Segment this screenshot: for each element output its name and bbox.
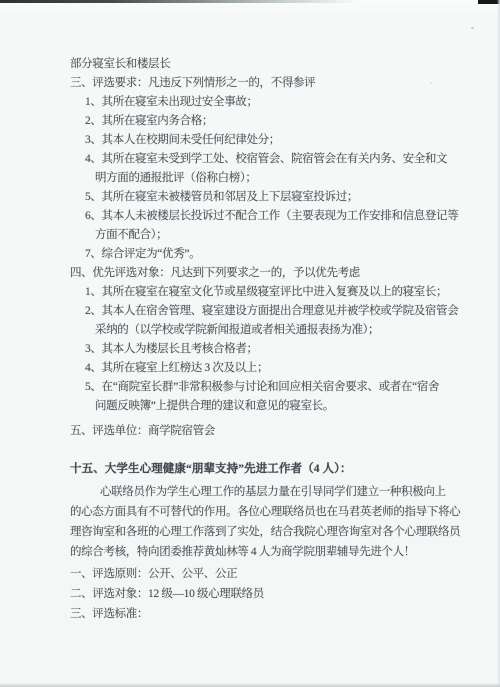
list-item-continuation: 明方面的通报批评（俗称白榜）； bbox=[95, 171, 257, 186]
section-heading: 一、评选原则：公开、公平、公正 bbox=[70, 567, 237, 582]
list-item-continuation: 采纳的（以学校或学院新闻报道或者相关通报表扬为准）； bbox=[95, 323, 379, 338]
paragraph-line: 理咨询室和各班的心理工作落到了实处，结合我院心理咨询室对各个心理联络员 bbox=[70, 525, 460, 540]
scan-edge-bottom-artifact bbox=[0, 683, 500, 687]
list-item: 5、其所在寝室未被楼管员和邻居及上下层寝室投诉过； bbox=[85, 190, 358, 205]
chapter-heading: 十五、大学生心理健康“朋辈支持”先进工作者（4 人）： bbox=[70, 462, 352, 477]
list-item: 4、其所在寝室上红榜达 3 次及以上； bbox=[85, 361, 268, 376]
scan-speck bbox=[471, 27, 474, 29]
list-item: 1、其所在寝室未出现过安全事故； bbox=[85, 95, 258, 110]
list-item: 2、其本人在宿舍管理、寝室建设方面提出合理意见并被学校或学院及宿管会 bbox=[85, 304, 458, 319]
list-item: 2、其所在寝室内务合格； bbox=[85, 114, 213, 129]
text-line: 部分寝室长和楼层长 bbox=[70, 57, 170, 72]
list-item-continuation: 问题反映簿”上提供合理的建议和意见的寝室长。 bbox=[95, 399, 334, 414]
list-item: 6、其本人未被楼层长投诉过不配合工作（主要表现为工作安排和信息登记等 bbox=[85, 209, 458, 224]
scan-speck bbox=[430, 82, 432, 84]
section-heading: 三、评选要求：凡违反下列情形之一的，不得参评 bbox=[70, 76, 315, 91]
paragraph-line: 的心态方面具有不可替代的作用。各位心理联络员也在马君英老师的指导下将心 bbox=[70, 505, 460, 520]
list-item: 3、其本人为楼层长且考核合格者； bbox=[85, 342, 258, 357]
paragraph-line: 心联络员作为学生心理工作的基层力量在引导同学们建立一种积极向上 bbox=[100, 485, 446, 500]
list-item: 3、其本人在校期间未受任何纪律处分； bbox=[85, 133, 280, 148]
section-heading: 四、优先评选对象：凡达到下列要求之一的，予以优先考虑 bbox=[70, 266, 360, 281]
scan-edge-top-artifact bbox=[0, 0, 500, 3]
section-heading: 二、评选对象：12 级—10 级心理联络员 bbox=[70, 587, 264, 602]
list-item: 4、其所在寝室未受到学工处、校宿管会、院宿管会在有关内务、安全和文 bbox=[85, 152, 447, 167]
section-heading: 五、评选单位：商学院宿管会 bbox=[70, 424, 215, 439]
list-item: 1、其所在寝室在寝室文化节或星级寝室评比中进入复赛及以上的寝室长； bbox=[85, 285, 447, 300]
section-heading: 三、评选标准： bbox=[70, 607, 148, 622]
paragraph-line: 的综合考核，特向团委推荐黄灿林等 4 人为商学院朋辈辅导先进个人！ bbox=[70, 545, 415, 560]
list-item: 5、在“商院室长群”非常积极参与讨论和回应相关宿舍要求、或者在“宿舍 bbox=[85, 380, 439, 395]
scanned-page: 部分寝室长和楼层长 三、评选要求：凡违反下列情形之一的，不得参评 1、其所在寝室… bbox=[0, 0, 500, 687]
list-item-continuation: 方面不配合）； bbox=[95, 228, 167, 243]
list-item: 7、综合评定为“优秀”。 bbox=[85, 247, 200, 262]
